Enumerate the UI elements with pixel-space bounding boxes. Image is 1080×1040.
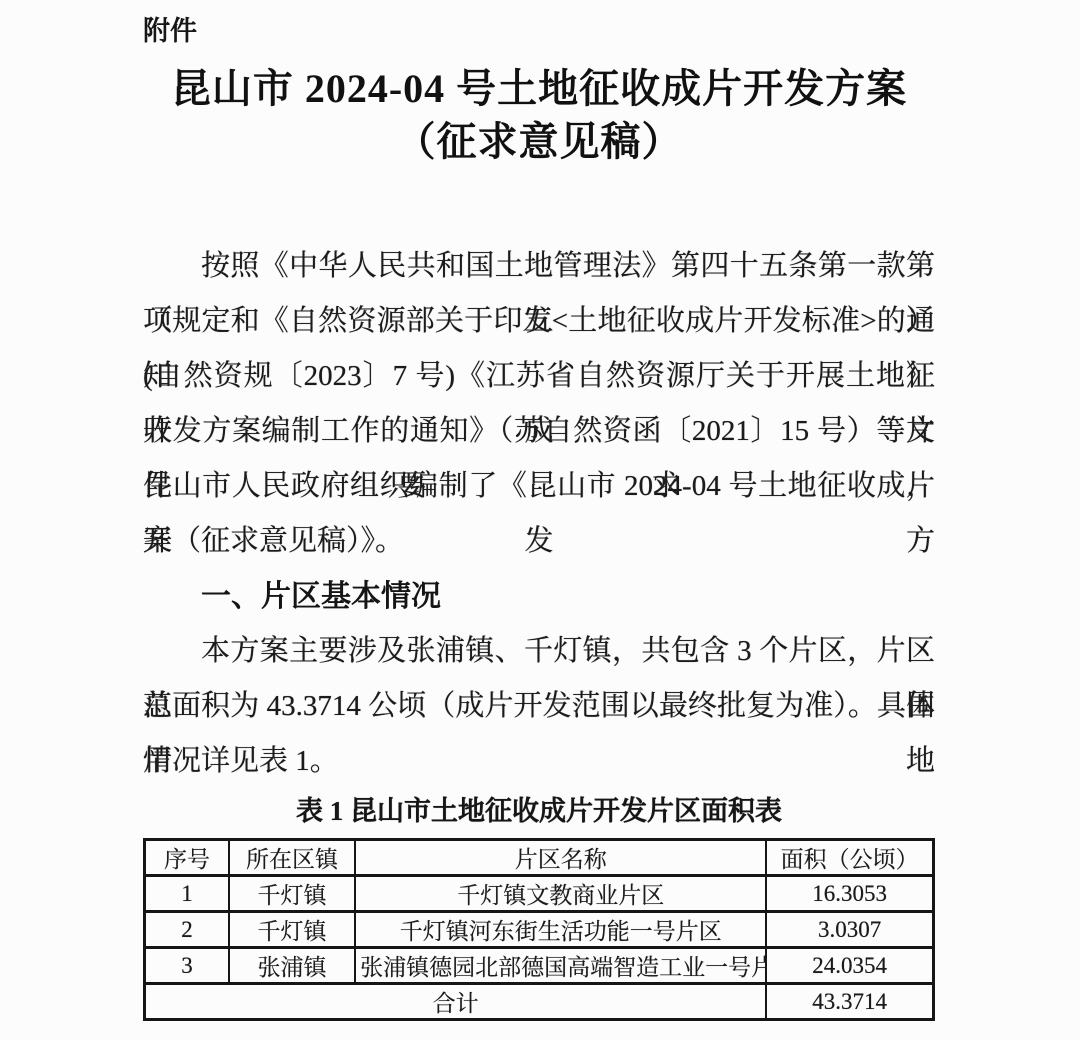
document-title: 昆山市 2024-04 号土地征收成片开发方案 （征求意见稿） bbox=[143, 62, 935, 168]
document-title-line-1: 昆山市 2024-04 号土地征收成片开发方案 bbox=[143, 62, 935, 115]
paragraph-1-line: 昆山市人民政府组织编制了《昆山市 2024-04 号土地征收成片开发方 bbox=[143, 459, 935, 514]
cell-index: 2 bbox=[145, 912, 229, 948]
paragraph-1: 按照《中华人民共和国土地管理法》第四十五条第一款第（五） 项规定和《自然资源部关… bbox=[143, 239, 935, 569]
table-header-name: 片区名称 bbox=[355, 840, 766, 876]
cell-area: 3.0307 bbox=[766, 912, 933, 948]
document-title-line-2: （征求意见稿） bbox=[143, 115, 935, 168]
paragraph-2-line: 本方案主要涉及张浦镇、千灯镇，共包含 3 个片区，片区范围 bbox=[143, 624, 935, 679]
cell-index: 1 bbox=[145, 876, 229, 912]
table-total-row: 合计 43.3714 bbox=[145, 984, 934, 1020]
paragraph-1-line: 开发方案编制工作的通知》（苏自然资函〔2021〕15 号）等文件要求， bbox=[143, 404, 935, 459]
paragraph-1-line: 项规定和《自然资源部关于印发<土地征收成片开发标准>的通知》 bbox=[143, 294, 935, 349]
cell-name: 张浦镇德园北部德国高端智造工业一号片区 bbox=[355, 948, 766, 984]
table-row: 2 千灯镇 千灯镇河东街生活功能一号片区 3.0307 bbox=[145, 912, 934, 948]
table-header-row: 序号 所在区镇 片区名称 面积（公顷） bbox=[145, 840, 934, 876]
cell-town: 千灯镇 bbox=[229, 876, 355, 912]
document-page: 附件 昆山市 2024-04 号土地征收成片开发方案 （征求意见稿） 按照《中华… bbox=[0, 0, 1080, 1040]
cell-name: 千灯镇文教商业片区 bbox=[355, 876, 766, 912]
paragraph-1-line: 按照《中华人民共和国土地管理法》第四十五条第一款第（五） bbox=[143, 239, 935, 294]
paragraph-1-line: (自然资规〔2023〕7 号)《江苏省自然资源厅关于开展土地征收成片 bbox=[143, 349, 935, 404]
cell-town: 千灯镇 bbox=[229, 912, 355, 948]
table-row: 1 千灯镇 千灯镇文教商业片区 16.3053 bbox=[145, 876, 934, 912]
table-header-index: 序号 bbox=[145, 840, 229, 876]
table-header-town: 所在区镇 bbox=[229, 840, 355, 876]
cell-area: 16.3053 bbox=[766, 876, 933, 912]
table-header-area: 面积（公顷） bbox=[766, 840, 933, 876]
table-row: 3 张浦镇 张浦镇德园北部德国高端智造工业一号片区 24.0354 bbox=[145, 948, 934, 984]
document-content: 附件 昆山市 2024-04 号土地征收成片开发方案 （征求意见稿） 按照《中华… bbox=[143, 0, 935, 1021]
paragraph-2-line: 总面积为 43.3714 公顷（成片开发范围以最终批复为准）。具体用地 bbox=[143, 679, 935, 734]
paragraph-2: 本方案主要涉及张浦镇、千灯镇，共包含 3 个片区，片区范围 总面积为 43.37… bbox=[143, 624, 935, 789]
area-table: 序号 所在区镇 片区名称 面积（公顷） 1 千灯镇 千灯镇文教商业片区 16.3… bbox=[143, 838, 935, 1021]
attachment-label: 附件 bbox=[143, 14, 935, 48]
total-value: 43.3714 bbox=[766, 984, 933, 1020]
cell-name: 千灯镇河东街生活功能一号片区 bbox=[355, 912, 766, 948]
cell-index: 3 bbox=[145, 948, 229, 984]
table-caption: 表 1 昆山市土地征收成片开发片区面积表 bbox=[143, 791, 935, 831]
total-label: 合计 bbox=[145, 984, 767, 1020]
section-heading: 一、片区基本情况 bbox=[143, 569, 935, 624]
cell-area: 24.0354 bbox=[766, 948, 933, 984]
cell-town: 张浦镇 bbox=[229, 948, 355, 984]
